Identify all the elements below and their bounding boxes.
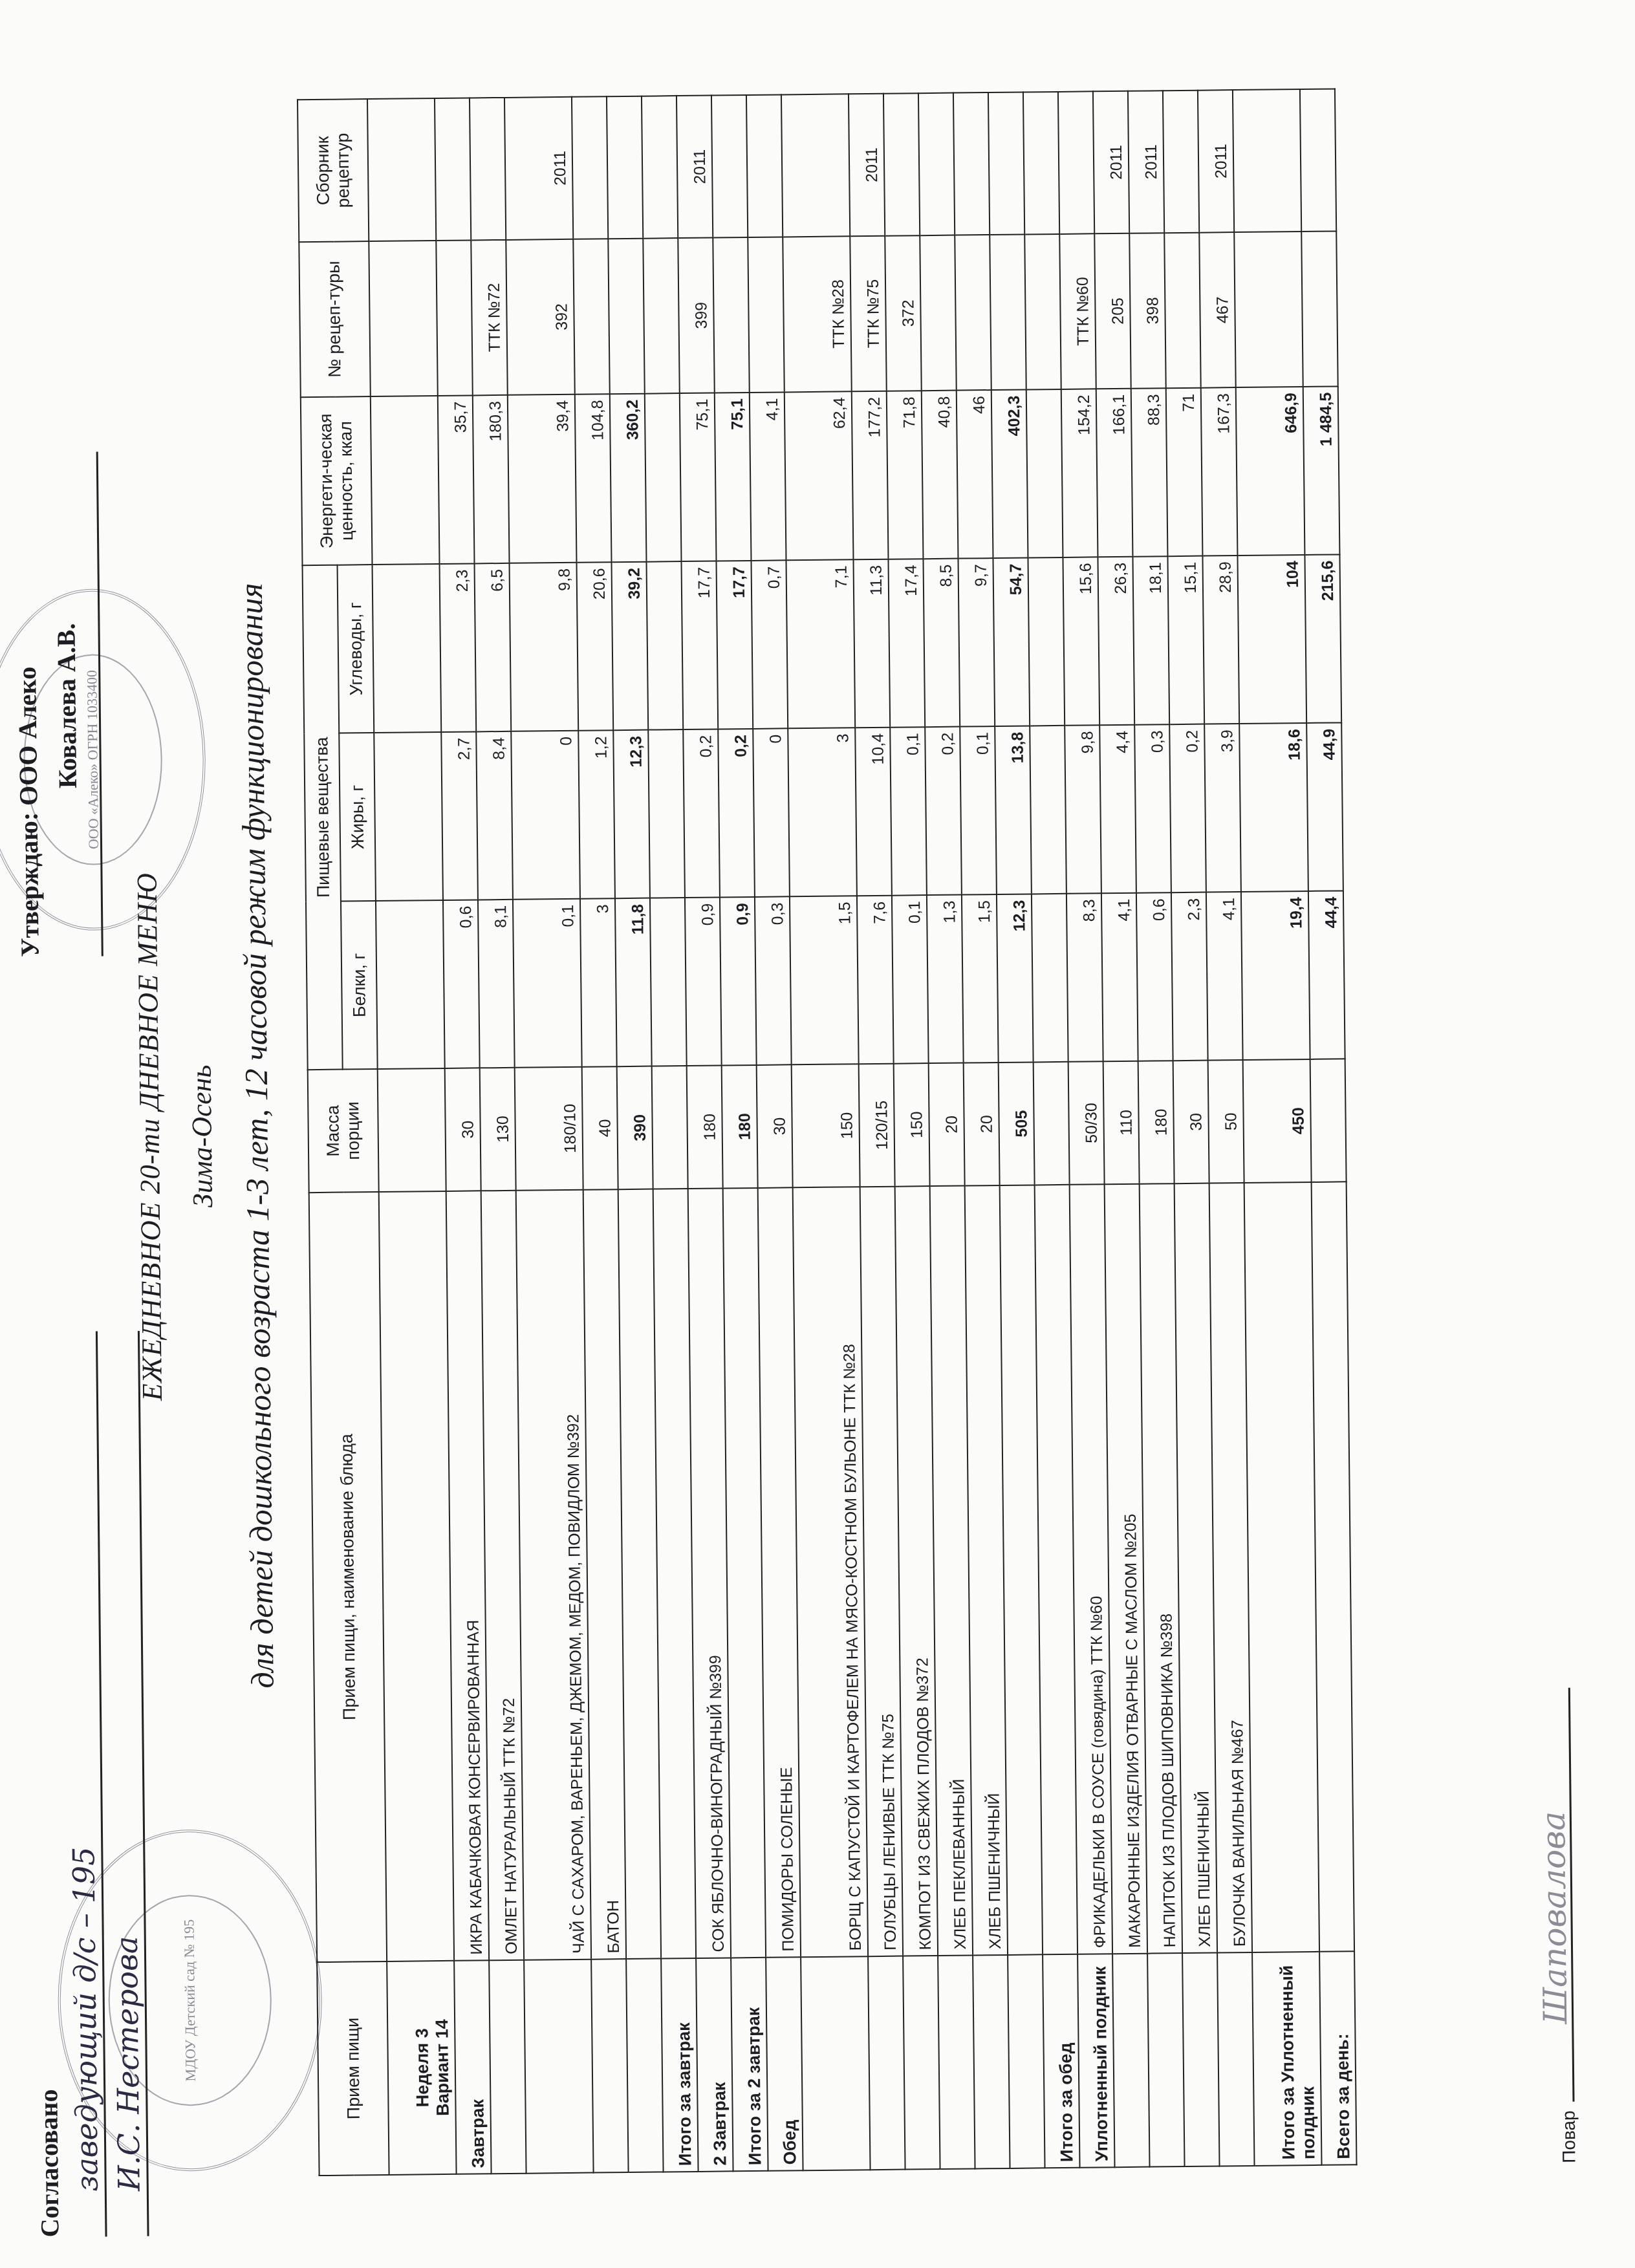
meal-cell	[938, 1955, 975, 2169]
recipe-no-cell	[920, 235, 957, 391]
document-titles: ЕЖЕДНЕВНОЕ 20-ти ДНЕВНОЕ МЕНЮ Зима-Осень…	[122, 10, 287, 2262]
collection-cell: 2011	[1198, 90, 1234, 233]
collection-cell	[781, 94, 850, 237]
recipe-no-cell	[713, 237, 750, 393]
mass-cell	[1034, 1062, 1070, 1185]
fat-cell: 0,2	[718, 729, 755, 898]
mass-cell: 505	[999, 1062, 1035, 1185]
mass-cell: 30	[1173, 1061, 1209, 1184]
meal-cell	[1182, 1953, 1219, 2167]
energy-cell: 71,8	[887, 391, 924, 559]
collection-cell	[953, 92, 990, 235]
fat-cell: 0	[511, 731, 580, 900]
agreed-label: Согласовано	[25, 1332, 65, 2237]
meal-cell	[868, 1956, 905, 2170]
energy-cell: 154,2	[1061, 389, 1098, 557]
energy-cell: 62,4	[785, 391, 854, 560]
menu-table: Прием пищи Прием пищи, наименование блюд…	[297, 88, 1358, 2176]
meal-cell	[626, 1959, 663, 2173]
protein-cell: 7,6	[857, 896, 894, 1064]
recipe-no-cell: 398	[1129, 233, 1166, 389]
meal-cell	[524, 1960, 593, 2174]
protein-cell: 1,5	[790, 896, 859, 1064]
carbs-cell: 17,7	[681, 561, 718, 729]
fat-cell: 0	[753, 728, 790, 897]
fat-cell: 13,8	[995, 726, 1032, 894]
col-header-collection: Сборник рецептур	[298, 99, 369, 242]
meal-cell: Итого за Уплотненный полдник	[1252, 1952, 1321, 2166]
fat-cell: 10,4	[855, 728, 892, 896]
meal-cell	[801, 1956, 870, 2170]
meal-cell	[903, 1956, 940, 2170]
agreed-position-handwritten: заведующий д/с – 195	[66, 1846, 105, 2192]
carbs-cell: 2,3	[440, 563, 477, 732]
fat-cell: 1,2	[578, 730, 615, 899]
agreed-position-line: заведующий д/с – 195	[60, 1332, 107, 2238]
variant-label: Вариант 14	[431, 1967, 453, 2168]
recipe-no-cell	[608, 239, 645, 394]
recipe-no-cell	[573, 239, 610, 394]
energy-cell	[645, 393, 682, 562]
col-header-recipe-no: № рецеп-туры	[299, 241, 371, 397]
mass-cell: 50/30	[1068, 1061, 1105, 1185]
carbs-cell: 54,7	[993, 557, 1030, 726]
collection-cell: 2011	[849, 94, 885, 237]
week-label: Неделя 3	[411, 1967, 433, 2168]
carbs-cell: 20,6	[577, 562, 614, 731]
protein-cell: 0,6	[1136, 892, 1173, 1061]
mass-cell: 110	[1103, 1061, 1140, 1185]
energy-cell: 4,1	[750, 392, 786, 561]
protein-cell: 44,4	[1308, 891, 1345, 1059]
fat-cell: 3	[788, 728, 857, 896]
carbs-cell	[646, 561, 683, 730]
fat-cell: 0,2	[925, 727, 962, 896]
mass-cell: 30	[445, 1068, 481, 1191]
collection-cell	[746, 94, 783, 237]
meal-cell: Уплотненный полдник	[1077, 1954, 1114, 2168]
recipe-no-cell	[1024, 234, 1061, 390]
protein-cell	[650, 898, 687, 1066]
fat-cell: 44,9	[1306, 722, 1343, 891]
mass-cell	[652, 1066, 688, 1189]
carbs-cell: 7,1	[786, 559, 855, 728]
recipe-no-cell	[990, 234, 1026, 390]
fat-cell	[1030, 726, 1067, 894]
approval-block: Утверждаю: ООО Алеко Ковалева А.В.	[7, 245, 103, 957]
energy-cell: 167,3	[1201, 387, 1238, 556]
protein-cell: 3	[580, 898, 617, 1067]
recipe-no-cell	[748, 237, 785, 393]
protein-cell: 4,1	[1101, 893, 1138, 1062]
fat-cell: 0,3	[1134, 724, 1171, 893]
recipe-no-cell	[955, 235, 991, 391]
collection-cell	[642, 96, 678, 239]
mass-cell: 450	[1243, 1059, 1312, 1183]
recipe-no-cell: 205	[1094, 233, 1131, 389]
recipe-no-cell: 372	[885, 235, 922, 391]
collection-cell: 2011	[677, 96, 713, 239]
cook-signature-line: Шаповалова	[1549, 1688, 1575, 2102]
col-header-fat: Жиры, г	[339, 733, 376, 902]
col-header-nutrients: Пищевые вещества	[303, 565, 343, 1070]
carbs-cell: 0,7	[751, 560, 788, 729]
carbs-cell	[1028, 557, 1065, 726]
fat-cell: 0,2	[683, 729, 720, 898]
energy-cell: 177,2	[852, 391, 889, 560]
fat-cell	[648, 729, 685, 898]
recipe-no-cell: ТТК №75	[850, 236, 887, 392]
protein-cell: 0,3	[755, 896, 792, 1065]
col-header-energy: Энергети-ческая ценность, ккал	[301, 396, 373, 565]
meal-cell	[1008, 1954, 1045, 2168]
col-header-dish: Прием пищи, наименование блюда	[309, 1192, 387, 1962]
energy-cell: 1 484,5	[1303, 386, 1340, 555]
energy-cell: 360,2	[610, 394, 647, 563]
energy-cell: 166,1	[1096, 389, 1133, 557]
mass-cell: 180	[1138, 1061, 1175, 1184]
col-header-carbs: Углеводы, г	[338, 565, 374, 733]
collection-cell	[572, 96, 608, 239]
recipe-no-cell	[1234, 232, 1303, 387]
carbs-cell: 17,7	[716, 561, 753, 729]
energy-cell	[1026, 389, 1063, 558]
mass-cell: 20	[964, 1063, 1000, 1186]
collection-cell	[1163, 91, 1199, 233]
carbs-cell: 15,1	[1167, 556, 1204, 725]
energy-cell: 646,9	[1236, 387, 1305, 556]
collection-cell	[988, 92, 1024, 235]
meal-cell	[973, 1955, 1010, 2169]
cook-signature-block: Повар Шаповалова	[1549, 1688, 1580, 2164]
carbs-cell: 215,6	[1305, 554, 1341, 723]
fat-cell: 12,3	[613, 730, 650, 899]
collection-cell	[1058, 91, 1094, 234]
carbs-cell: 15,6	[1063, 557, 1099, 726]
fat-cell: 0,2	[1169, 724, 1206, 893]
protein-cell: 4,1	[1206, 892, 1243, 1061]
menu-audience: для детей дошкольного возраста 1-3 лет, …	[226, 10, 287, 2261]
mass-cell: 30	[757, 1064, 793, 1188]
collection-cell	[918, 93, 955, 236]
recipe-no-cell: ТТК №72	[471, 240, 508, 396]
mass-cell: 120/15	[859, 1064, 895, 1187]
recipe-no-cell: 399	[678, 238, 715, 394]
meal-cell: Итого за завтрак	[661, 1958, 698, 2172]
collection-cell: 2011	[1093, 91, 1129, 234]
protein-cell: 0,1	[513, 899, 582, 1068]
fat-cell: 3,9	[1204, 724, 1241, 892]
dish-name-cell: БОРЩ С КАПУСТОЙ И КАРТОФЕЛЕМ НА МЯСО-КОС…	[793, 1187, 868, 1957]
collection-cell: 2011	[504, 97, 573, 240]
energy-cell: 75,1	[715, 393, 752, 561]
meal-cell: Всего за день:	[1319, 1951, 1356, 2165]
collection-cell	[607, 96, 643, 239]
recipe-no-cell	[1164, 233, 1201, 389]
fat-cell: 18,6	[1239, 723, 1308, 892]
collection-cell	[435, 98, 471, 241]
meal-cell: Итого за 2 завтрак	[731, 1958, 768, 2172]
mass-cell: 180	[722, 1065, 758, 1189]
protein-cell: 8,3	[1067, 893, 1103, 1062]
protein-cell	[1032, 894, 1068, 1063]
recipe-no-cell	[436, 240, 473, 396]
agreed-name-handwritten: И.С. Нестерова	[109, 1936, 147, 2191]
recipe-no-cell: ТТК №28	[783, 236, 852, 392]
agreement-block: Согласовано заведующий д/с – 195 И.С. Не…	[25, 1331, 149, 2238]
col-header-meal: Прием пищи	[317, 1961, 389, 2176]
carbs-cell: 104	[1237, 555, 1306, 724]
carbs-cell: 39,2	[612, 562, 649, 731]
protein-cell: 0,9	[685, 897, 722, 1066]
mass-cell: 150	[894, 1063, 930, 1187]
mass-cell: 130	[480, 1068, 516, 1191]
dish-name-cell	[1312, 1182, 1354, 1952]
mass-cell: 50	[1208, 1060, 1244, 1183]
energy-cell: 39,4	[508, 394, 577, 563]
dish-name-cell: ЧАЙ С САХАРОМ, ВАРЕНЬЕМ, ДЖЕМОМ, МЕДОМ, …	[516, 1190, 591, 1960]
energy-cell: 104,8	[575, 394, 612, 563]
fat-cell: 2,7	[441, 731, 478, 900]
meal-cell	[1147, 1953, 1184, 2167]
mass-cell: 40	[582, 1066, 618, 1190]
week-variant-cell: Неделя 3 Вариант 14	[387, 1961, 456, 2175]
energy-cell: 46	[957, 390, 993, 559]
meal-cell: 2 Завтрак	[696, 1958, 733, 2172]
dish-name-cell	[1244, 1182, 1319, 1952]
energy-cell: 40,8	[922, 391, 958, 559]
energy-cell: 180,3	[473, 395, 510, 564]
collection-cell: 2011	[1128, 91, 1164, 233]
collection-cell	[711, 95, 748, 238]
energy-cell: 75,1	[680, 393, 717, 562]
col-header-mass: Масса порции	[308, 1069, 379, 1193]
cook-label: Повар	[1559, 2110, 1579, 2163]
protein-cell: 0,9	[720, 897, 757, 1066]
mass-cell: 390	[617, 1066, 653, 1190]
meal-cell	[591, 1959, 628, 2173]
fat-cell: 0,1	[960, 726, 997, 895]
meal-cell: Завтрак	[454, 1960, 491, 2174]
meal-cell: Итого за обед	[1043, 1954, 1079, 2168]
protein-cell: 8,1	[478, 900, 515, 1068]
carbs-cell: 9,8	[510, 563, 579, 731]
collection-cell	[1023, 92, 1059, 235]
carbs-cell: 6,5	[475, 563, 512, 732]
protein-cell: 1,5	[962, 894, 999, 1063]
carbs-cell: 11,3	[853, 559, 890, 728]
carbs-cell: 26,3	[1098, 557, 1134, 726]
recipe-no-cell: 467	[1199, 232, 1236, 388]
collection-cell	[883, 93, 920, 236]
energy-cell: 402,3	[991, 389, 1028, 558]
protein-cell: 11,8	[615, 898, 652, 1067]
carbs-cell: 8,5	[923, 559, 960, 728]
fat-cell: 9,8	[1065, 725, 1101, 894]
carbs-cell: 18,1	[1132, 556, 1169, 725]
menu-season: Зима-Осень	[174, 11, 230, 2262]
menu-document-page: МДОУ Детский сад № 195 ООО «Алеко» ОГРН …	[0, 0, 1619, 2263]
protein-cell: 1,3	[927, 895, 964, 1064]
mass-cell	[1310, 1059, 1347, 1182]
recipe-no-cell	[1301, 231, 1338, 387]
fat-cell: 8,4	[476, 731, 513, 900]
meal-cell: Обед	[766, 1957, 803, 2171]
recipe-no-cell: 392	[506, 239, 575, 395]
recipe-no-cell	[643, 238, 680, 394]
mass-cell: 150	[792, 1064, 860, 1187]
protein-cell: 2,3	[1171, 892, 1208, 1061]
protein-cell: 0,6	[443, 900, 480, 1068]
energy-cell: 35,7	[438, 395, 475, 564]
mass-cell: 180/10	[515, 1067, 583, 1191]
energy-cell: 88,3	[1131, 388, 1168, 557]
carbs-cell: 17,4	[888, 559, 925, 728]
approver-signature-line	[83, 452, 103, 956]
carbs-cell: 28,9	[1202, 556, 1239, 724]
mass-cell: 20	[929, 1063, 965, 1187]
collection-cell	[1233, 89, 1301, 232]
recipe-no-cell: ТТК №60	[1059, 233, 1096, 389]
carbs-cell: 9,7	[958, 558, 995, 727]
col-header-protein: Белки, г	[341, 901, 378, 1070]
protein-cell: 19,4	[1241, 891, 1310, 1060]
protein-cell: 0,1	[892, 895, 929, 1064]
energy-cell: 71	[1166, 388, 1203, 557]
protein-cell: 12,3	[997, 894, 1034, 1063]
mass-cell: 180	[687, 1065, 723, 1189]
fat-cell: 4,4	[1099, 725, 1136, 894]
collection-cell	[470, 98, 506, 241]
fat-cell: 0,1	[890, 727, 927, 896]
collection-cell	[1300, 89, 1336, 232]
approver-name: Ковалева А.В.	[47, 245, 83, 788]
meal-cell	[1217, 1952, 1254, 2166]
meal-cell	[489, 1960, 526, 2174]
cook-signature: Шаповалова	[1535, 1811, 1574, 2025]
meal-cell	[1112, 1954, 1149, 2168]
